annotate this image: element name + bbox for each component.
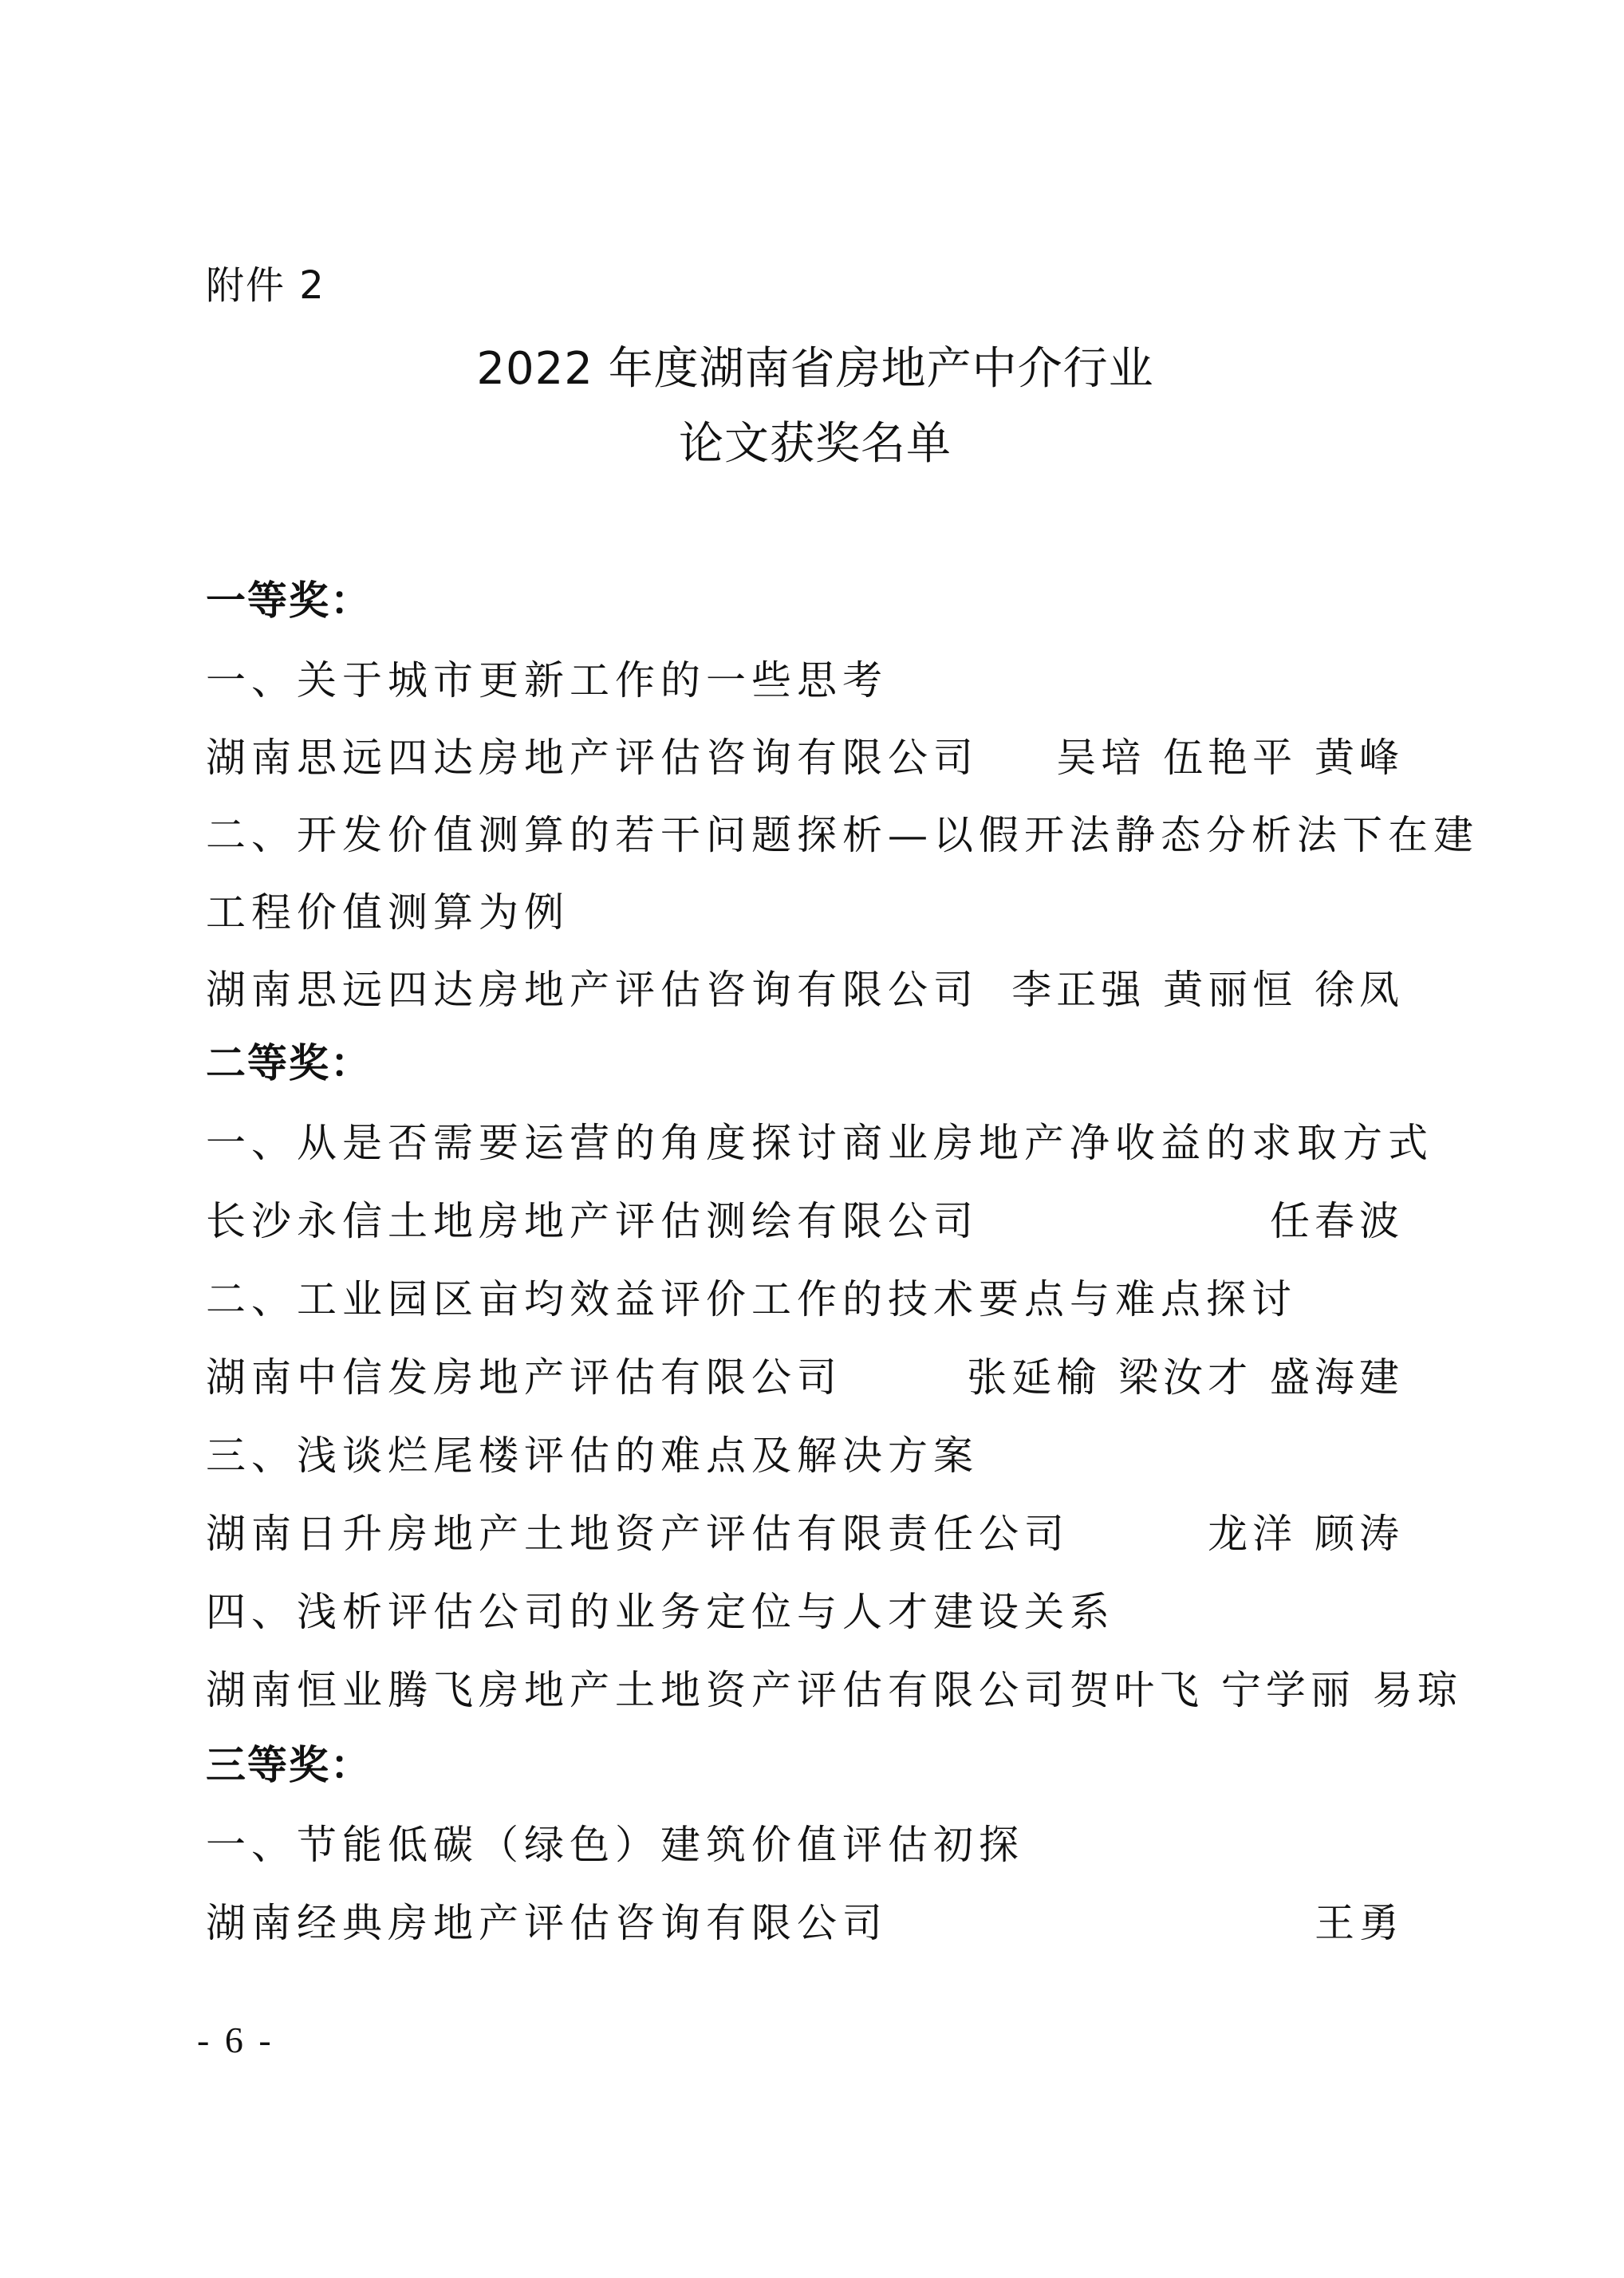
paper-title: 一、关于城市更新工作的一些思考 — [206, 654, 1402, 707]
paper-title: 二、工业园区亩均效益评价工作的技术要点与难点探讨 — [206, 1273, 1402, 1326]
paper-title: 一、节能低碳（绿色）建筑价值评估初探 — [206, 1819, 1402, 1871]
paper-title: 三、浅谈烂尾楼评估的难点及解决方案 — [206, 1429, 1402, 1482]
author-names: 吴培 伍艳平 黄峰 — [1056, 731, 1404, 784]
author-names: 任春波 — [1270, 1195, 1404, 1247]
award-entry-row: 湖南恒业腾飞房地产土地资产评估有限公司 贺叶飞 宁学丽 易琼 — [206, 1664, 1404, 1716]
author-names: 李正强 黄丽恒 徐凤 — [1011, 964, 1404, 1016]
award-entry-row: 湖南中信发房地产评估有限公司 张延榆 梁汝才 盛海建 — [206, 1351, 1404, 1404]
company-name: 湖南日升房地产土地资产评估有限责任公司 — [206, 1507, 1070, 1560]
award-entry-row: 湖南日升房地产土地资产评估有限责任公司 龙洋 顾涛 — [206, 1507, 1404, 1560]
document-title-line-2: 论文获奖名单 — [3, 416, 1624, 472]
document-page: 附件 2 2022 年度湖南省房地产中介行业 论文获奖名单 一等奖： 一、关于城… — [0, 0, 1624, 2278]
company-name: 湖南恒业腾飞房地产土地资产评估有限公司 — [206, 1664, 1070, 1716]
paper-title: 一、从是否需要运营的角度探讨商业房地产净收益的求取方式 — [206, 1117, 1402, 1169]
award-entry-row: 湖南思远四达房地产评估咨询有限公司 李正强 黄丽恒 徐凤 — [206, 964, 1404, 1016]
page-number: - 6 - — [197, 2018, 274, 2063]
attachment-label: 附件 2 — [206, 262, 325, 309]
award-entry-row: 湖南思远四达房地产评估咨询有限公司 吴培 伍艳平 黄峰 — [206, 731, 1404, 784]
first-prize-heading: 一等奖： — [206, 574, 1402, 627]
author-names: 龙洋 顾涛 — [1208, 1507, 1404, 1560]
paper-title-continued: 工程价值测算为例 — [206, 886, 1402, 939]
award-entry-row: 湖南经典房地产评估咨询有限公司 王勇 — [206, 1897, 1404, 1949]
company-name: 长沙永信土地房地产评估测绘有限公司 — [206, 1195, 979, 1247]
award-entry-row: 长沙永信土地房地产评估测绘有限公司 任春波 — [206, 1195, 1404, 1247]
author-names: 贺叶飞 宁学丽 易琼 — [1070, 1664, 1462, 1716]
company-name: 湖南思远四达房地产评估咨询有限公司 — [206, 964, 979, 1016]
paper-title: 四、浅析评估公司的业务定位与人才建设关系 — [206, 1586, 1402, 1638]
third-prize-heading: 三等奖： — [206, 1739, 1402, 1791]
document-title-line-1: 2022 年度湖南省房地产中介行业 — [3, 341, 1624, 397]
author-names: 张延榆 梁汝才 盛海建 — [967, 1351, 1404, 1404]
company-name: 湖南思远四达房地产评估咨询有限公司 — [206, 731, 979, 784]
company-name: 湖南经典房地产评估咨询有限公司 — [206, 1897, 888, 1949]
author-names: 王勇 — [1315, 1897, 1404, 1949]
paper-title: 二、开发价值测算的若干问题探析—以假开法静态分析法下在建 — [206, 809, 1402, 861]
company-name: 湖南中信发房地产评估有限公司 — [206, 1351, 842, 1404]
second-prize-heading: 二等奖： — [206, 1037, 1402, 1090]
